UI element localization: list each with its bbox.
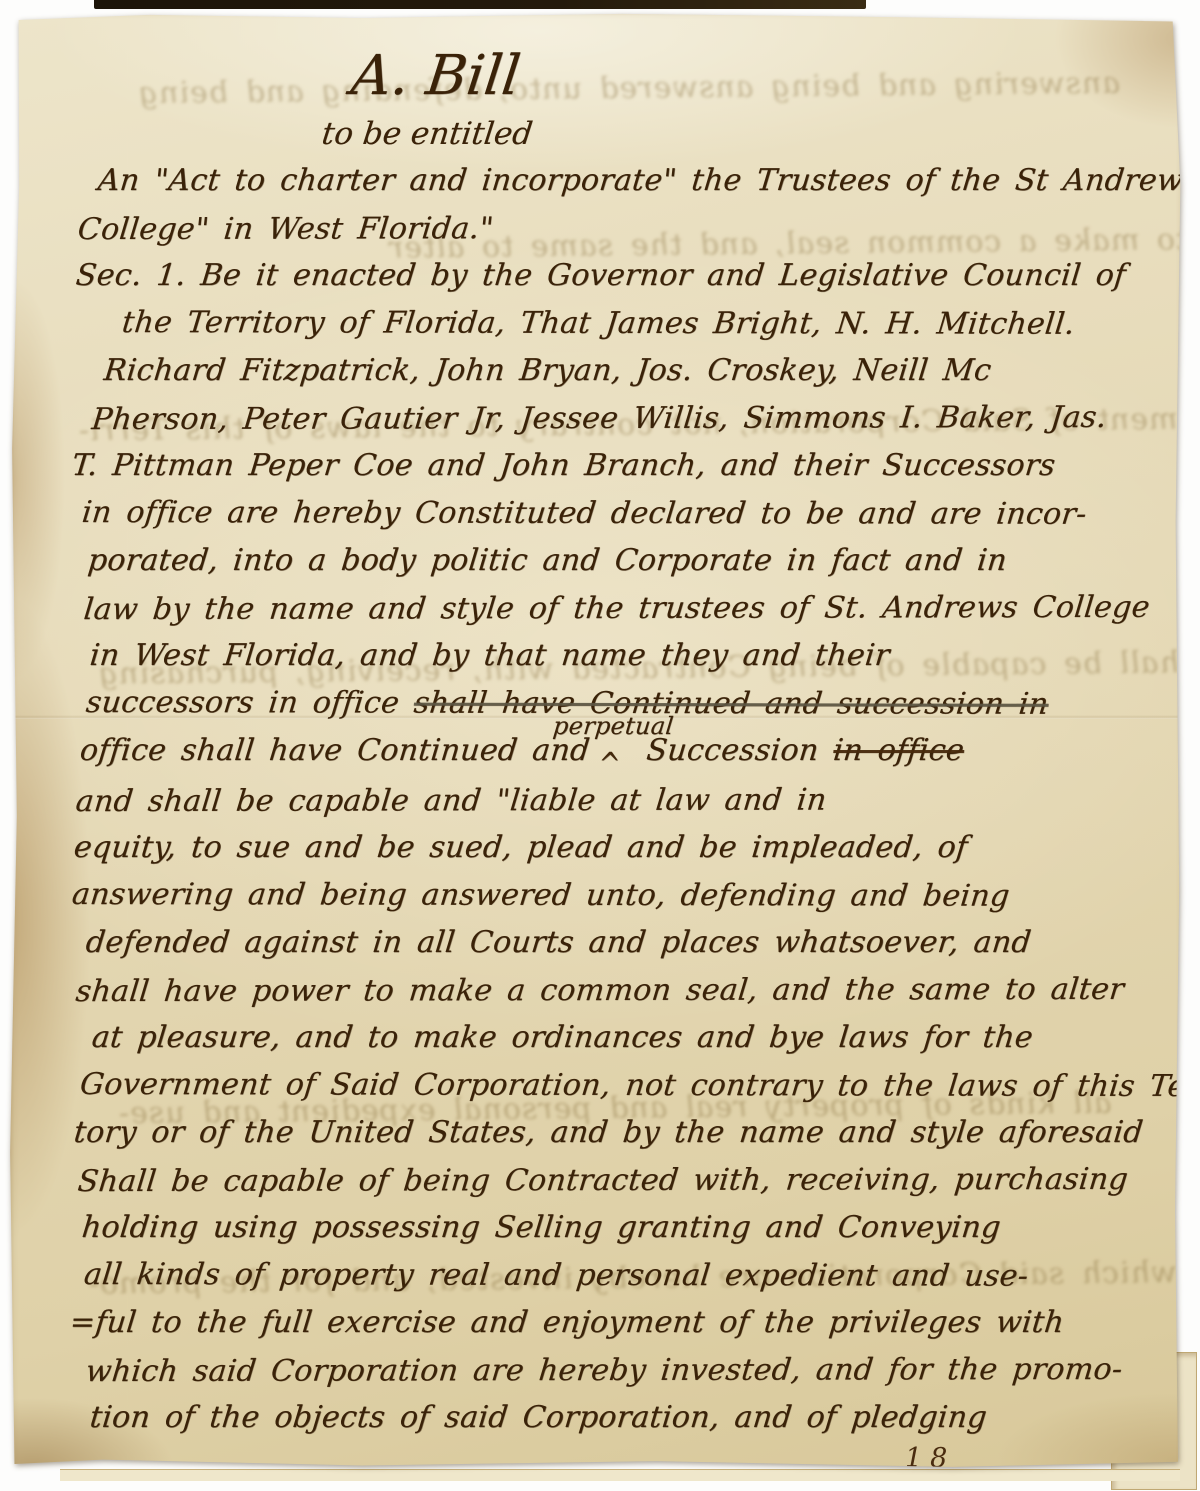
manuscript-line: at pleasure, and to make ordinances and … bbox=[90, 1014, 1161, 1062]
line-text: successors in office bbox=[84, 685, 416, 721]
manuscript-line: College" in West Florida." bbox=[75, 203, 1160, 253]
manuscript-line: law by the name and style of the trustee… bbox=[81, 583, 1160, 633]
manuscript-line: which said Corporation are hereby invest… bbox=[83, 1345, 1160, 1395]
manuscript-line: Government of Said Corporation, not cont… bbox=[78, 1061, 1161, 1110]
manuscript-line: answering and being answered unto, defen… bbox=[70, 871, 1161, 920]
manuscript-line: Pherson, Peter Gautier Jr, Jessee Willis… bbox=[89, 393, 1160, 443]
scan-background: answering and being answered unto, defen… bbox=[0, 0, 1200, 1491]
manuscript-line: Richard Fitzpatrick, John Bryan, Jos. Cr… bbox=[102, 347, 1161, 395]
paper-wrap: answering and being answered unto, defen… bbox=[0, 0, 1200, 1491]
struck-text-ink: in office bbox=[832, 733, 966, 768]
manuscript-text: A. Bill to be entitled An "Act to charte… bbox=[70, 39, 1158, 1442]
insertion-point: perpetual^ bbox=[587, 727, 634, 777]
manuscript-line: and shall be capable and "liable at law … bbox=[73, 775, 1160, 825]
manuscript-line: Sec. 1. Be it enacted by the Governor an… bbox=[74, 252, 1161, 300]
manuscript-line: holding using possessing Selling grantin… bbox=[80, 1204, 1161, 1252]
manuscript-line: shall have power to make a common seal, … bbox=[73, 965, 1160, 1015]
manuscript-page: answering and being answered unto, defen… bbox=[8, 9, 1188, 1475]
manuscript-line: Shall be capable of being Contracted wit… bbox=[75, 1155, 1160, 1205]
page-number: 18 bbox=[905, 1443, 955, 1474]
manuscript-line: all kinds of property real and personal … bbox=[82, 1251, 1161, 1300]
line-text: office shall have Continued and bbox=[78, 733, 591, 768]
manuscript-line: the Territory of Florida, That James Bri… bbox=[120, 299, 1161, 348]
manuscript-line: =ful to the full exercise and enjoyment … bbox=[68, 1299, 1161, 1347]
manuscript-line: porated, into a body politic and Corpora… bbox=[86, 537, 1161, 585]
document-subtitle: to be entitled bbox=[67, 111, 1161, 157]
manuscript-line: tory or of the United States, and by the… bbox=[72, 1109, 1161, 1157]
manuscript-line: equity, to sue and be sued, plead and be… bbox=[72, 824, 1161, 872]
manuscript-line: tion of the objects of said Corporation,… bbox=[88, 1394, 1161, 1442]
manuscript-line: An "Act to charter and incorporate" the … bbox=[96, 157, 1161, 205]
manuscript-line: T. Pittman Peper Coe and John Branch, an… bbox=[70, 442, 1161, 490]
manuscript-line: in office are hereby Constituted declare… bbox=[80, 489, 1161, 538]
manuscript-line: in West Florida, and by that name they a… bbox=[88, 632, 1161, 680]
manuscript-line-insertion: office shall have Continued andperpetual… bbox=[77, 727, 1160, 777]
document-title: A. Bill bbox=[66, 39, 1163, 111]
struck-text-pencil: shall have Continued and succession in bbox=[412, 685, 1050, 721]
manuscript-line: defended against in all Courts and place… bbox=[84, 919, 1161, 967]
